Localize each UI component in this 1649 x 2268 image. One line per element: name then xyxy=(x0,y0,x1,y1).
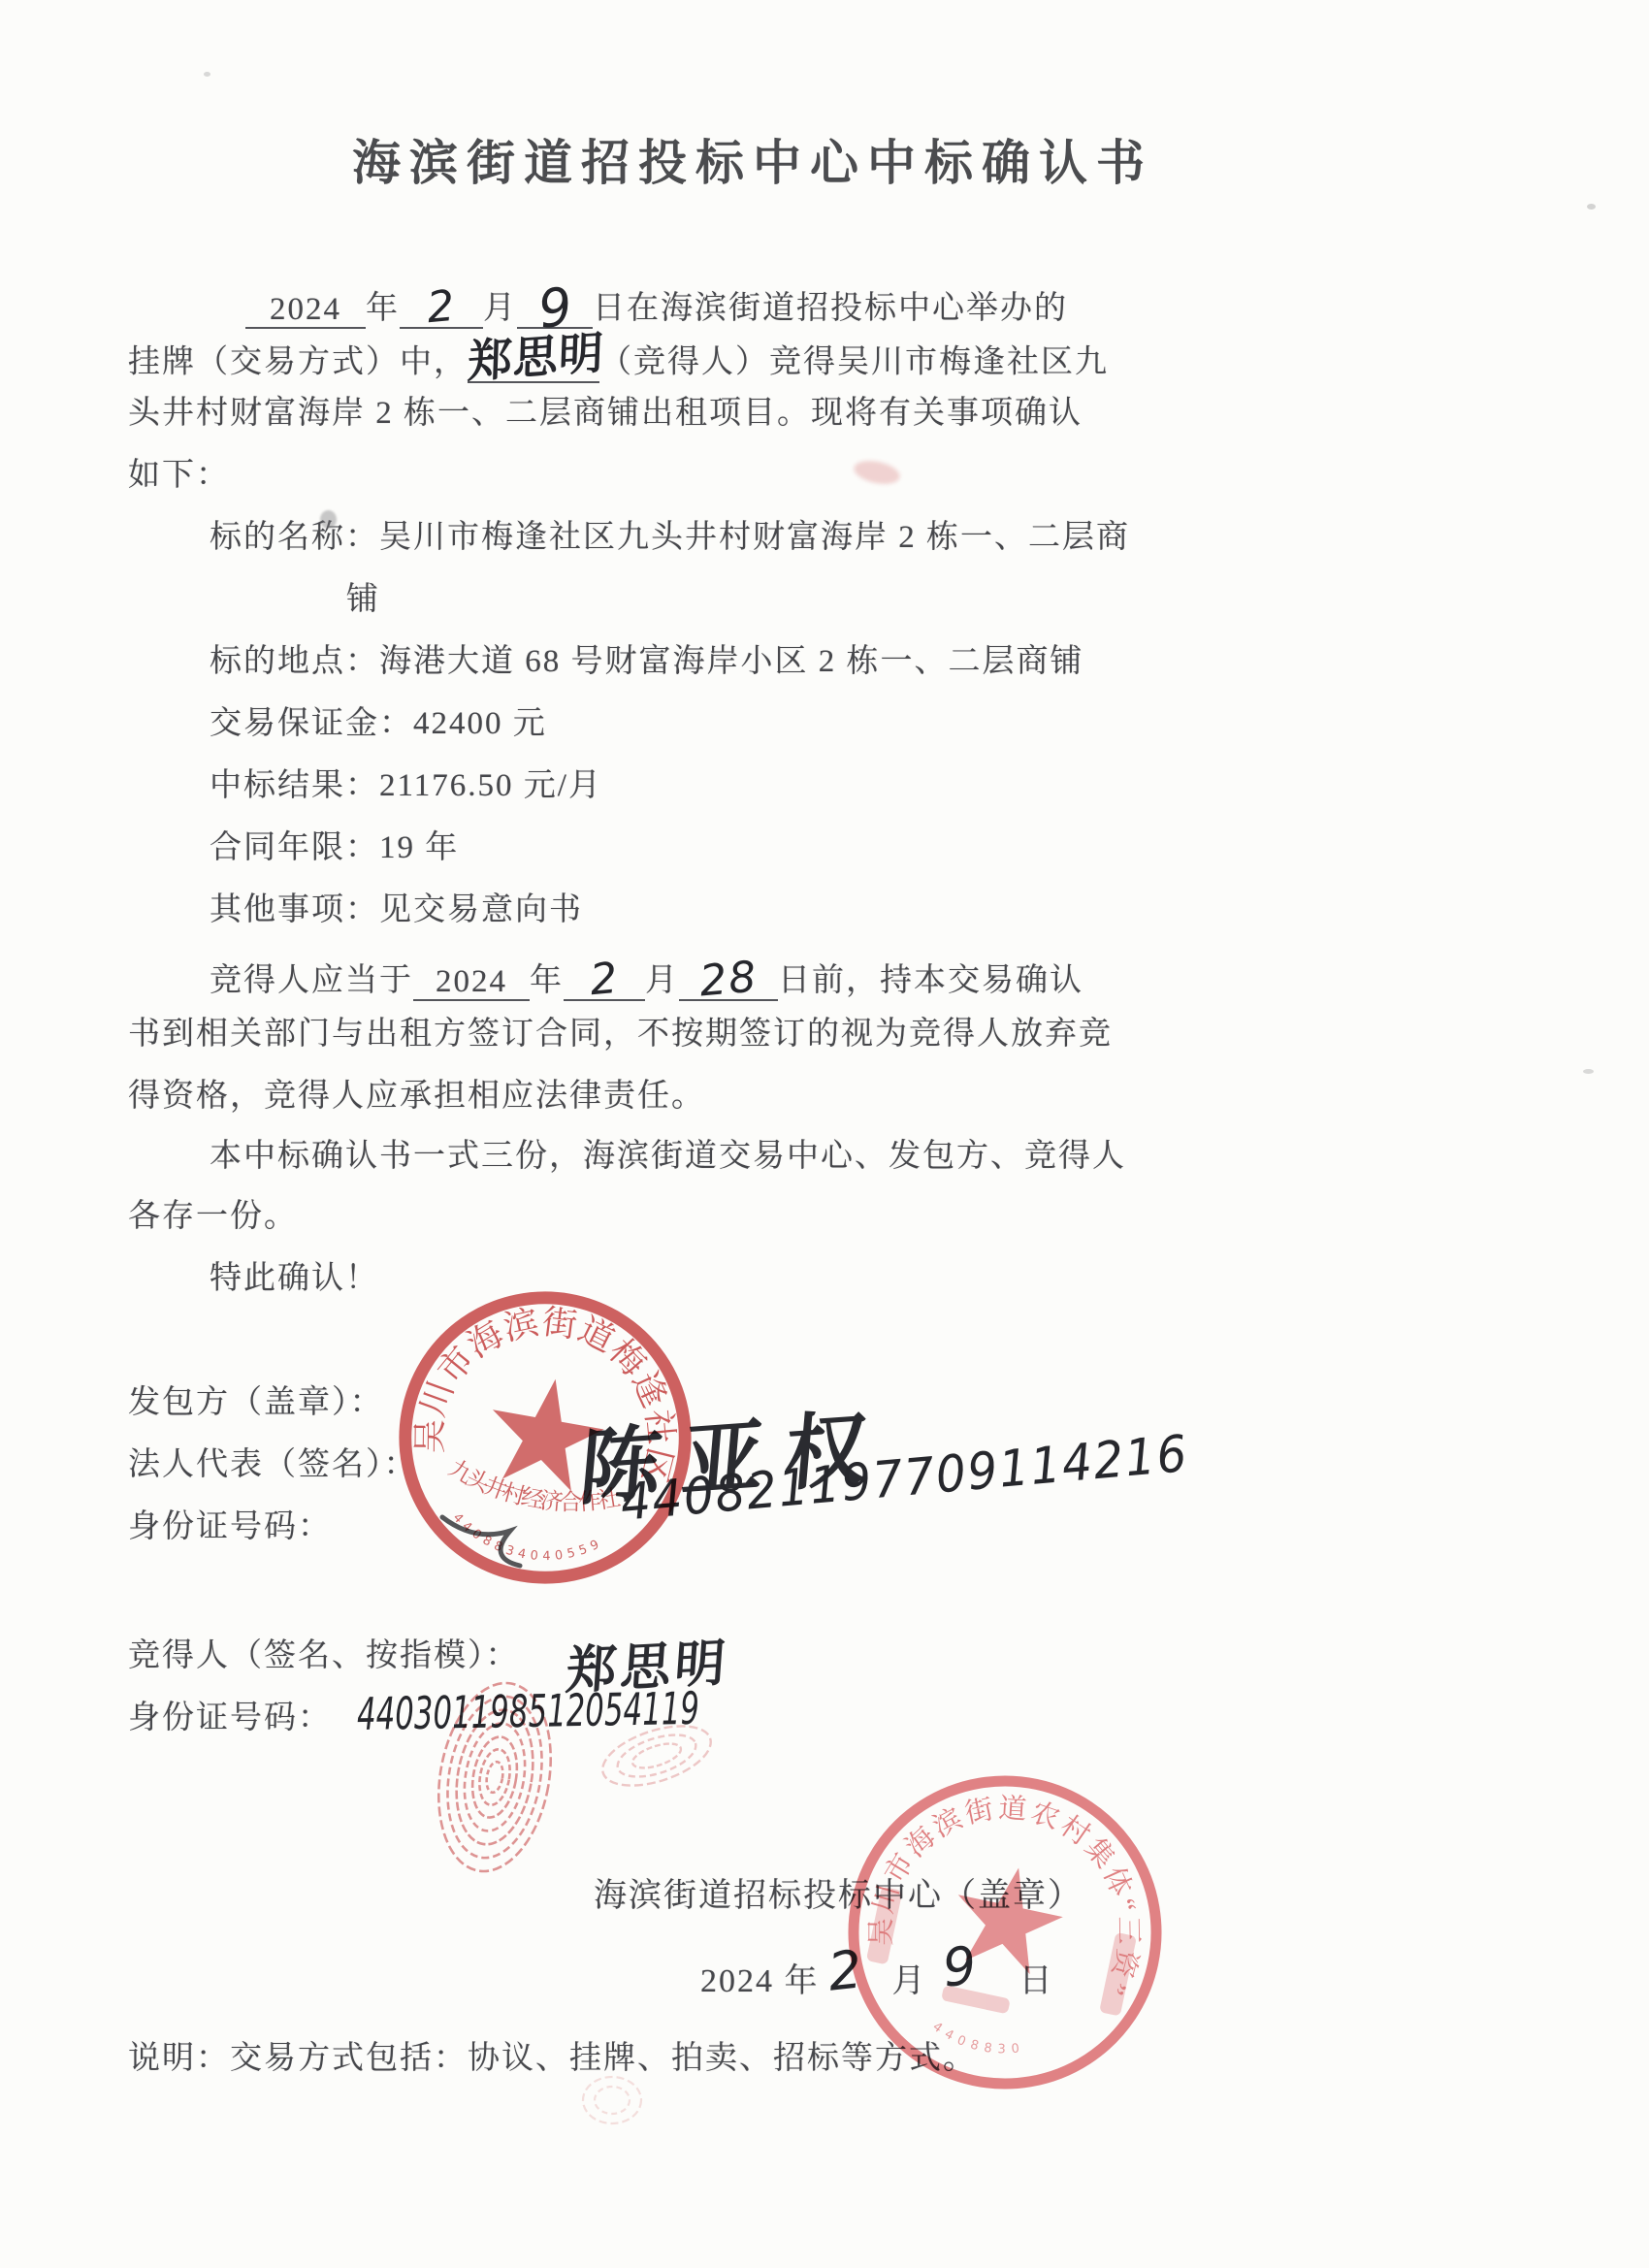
deadline-month-handwritten: 2 xyxy=(588,956,621,1005)
year-printed: 2024 xyxy=(270,292,341,327)
page-title: 海滨街道招投标中心中标确认书 xyxy=(0,124,1505,194)
deadline-line-2: 书到相关部门与出租方签订合同，不按期签订的视为竞得人放弃竞 xyxy=(128,1015,1113,1054)
deadline-day-underline: 28 xyxy=(679,953,778,1001)
issuer-rep-label: 法人代表（签名）： xyxy=(128,1445,418,1485)
scan-fleck-1 xyxy=(1587,204,1596,210)
item-subject-name-wrap: 铺 xyxy=(346,580,380,620)
pen-flourish xyxy=(436,1504,543,1571)
intro-line-1-text: 日在海滨街道招投标中心举办的 xyxy=(593,291,1068,326)
village-seal-stamp: 吴川市海滨街道梅逢社区 九头井村经济合作社 4408834040559 xyxy=(368,1260,723,1615)
deadline-year-label: 年 xyxy=(530,963,564,998)
svg-text:4408830: 4408830 xyxy=(927,2019,1024,2063)
intro-line-2-suffix: （竞得人）竞得吴川市梅逢社区九 xyxy=(599,344,1109,379)
fingerprint-smudge-2 xyxy=(578,2072,646,2128)
deadline-year-underline: 2024 xyxy=(413,964,530,1001)
deadline-year: 2024 xyxy=(436,964,507,999)
month-blank-underline: 2 xyxy=(400,280,483,329)
seal-star-icon xyxy=(945,1857,1071,1979)
winner-name-underline: 郑思明 xyxy=(468,332,599,383)
intro-line-2: 挂牌（交易方式）中，郑思明（竞得人）竞得吴川市梅逢社区九 xyxy=(128,332,1109,383)
item-other: 其他事项：见交易意向书 xyxy=(210,891,583,930)
item-subject-name: 标的名称：吴川市梅逢社区九头井村财富海岸 2 栋一、二层商 xyxy=(210,518,1130,558)
scanned-document-page: 海滨街道招投标中心中标确认书 2024年2月9日在海滨街道招投标中心举办的 挂牌… xyxy=(0,0,1649,2268)
month-label: 月 xyxy=(483,291,517,326)
issuer-id-label: 身份证号码： xyxy=(128,1507,332,1547)
seal-star-icon xyxy=(481,1370,611,1495)
scan-fleck-3 xyxy=(204,72,210,77)
deadline-line-3: 得资格，竞得人应承担相应法律责任。 xyxy=(128,1077,705,1117)
intro-line-4: 如下： xyxy=(128,456,230,496)
day-blank-underline: 9 xyxy=(517,270,593,329)
issuer-seal-label: 发包方（盖章）： xyxy=(128,1383,384,1423)
year-label: 年 xyxy=(366,291,400,326)
year-blank-underline: 2024 xyxy=(245,292,366,329)
copies-line-2: 各存一份。 xyxy=(128,1197,298,1237)
deadline-day-handwritten: 28 xyxy=(697,954,760,1005)
deadline-month-label: 月 xyxy=(645,963,679,998)
deadline-prefix: 竞得人应当于 xyxy=(210,963,413,998)
copies-line-1: 本中标确认书一式三份，海滨街道交易中心、发包方、竞得人 xyxy=(210,1137,1126,1177)
month-handwritten: 2 xyxy=(425,283,458,333)
item-subject-location: 标的地点：海港大道 68 号财富海岸小区 2 栋一、二层商铺 xyxy=(210,642,1084,682)
confirm-line: 特此确认！ xyxy=(210,1259,379,1299)
intro-line-3: 头井村财富海岸 2 栋一、二层商铺出租项目。现将有关事项确认 xyxy=(128,394,1083,434)
center-seal-stamp: 吴川市海滨街道农村集体“三资” 4408830 xyxy=(809,1736,1200,2127)
seal-code-text: 4408830 xyxy=(927,2019,1024,2063)
deadline-line-1: 竞得人应当于2024年2月28日前，持本交易确认 xyxy=(210,953,1083,1001)
intro-line-2-prefix: 挂牌（交易方式）中， xyxy=(128,344,468,379)
scan-smudge-pink xyxy=(852,457,902,487)
item-contract-term: 合同年限：19 年 xyxy=(210,828,459,868)
deadline-suffix: 日前，持本交易确认 xyxy=(778,963,1083,998)
center-date-year: 2024 年 xyxy=(700,1963,820,1999)
item-bid-result: 中标结果：21176.50 元/月 xyxy=(210,766,602,806)
winner-name-handwritten: 郑思明 xyxy=(467,329,604,388)
deadline-month-underline: 2 xyxy=(564,953,645,1001)
scan-fleck-2 xyxy=(1583,1069,1594,1074)
intro-line-1: 2024年2月9日在海滨街道招投标中心举办的 xyxy=(245,270,1068,329)
winner-id-label: 身份证号码： xyxy=(128,1699,332,1738)
item-deposit: 交易保证金：42400 元 xyxy=(210,704,547,744)
